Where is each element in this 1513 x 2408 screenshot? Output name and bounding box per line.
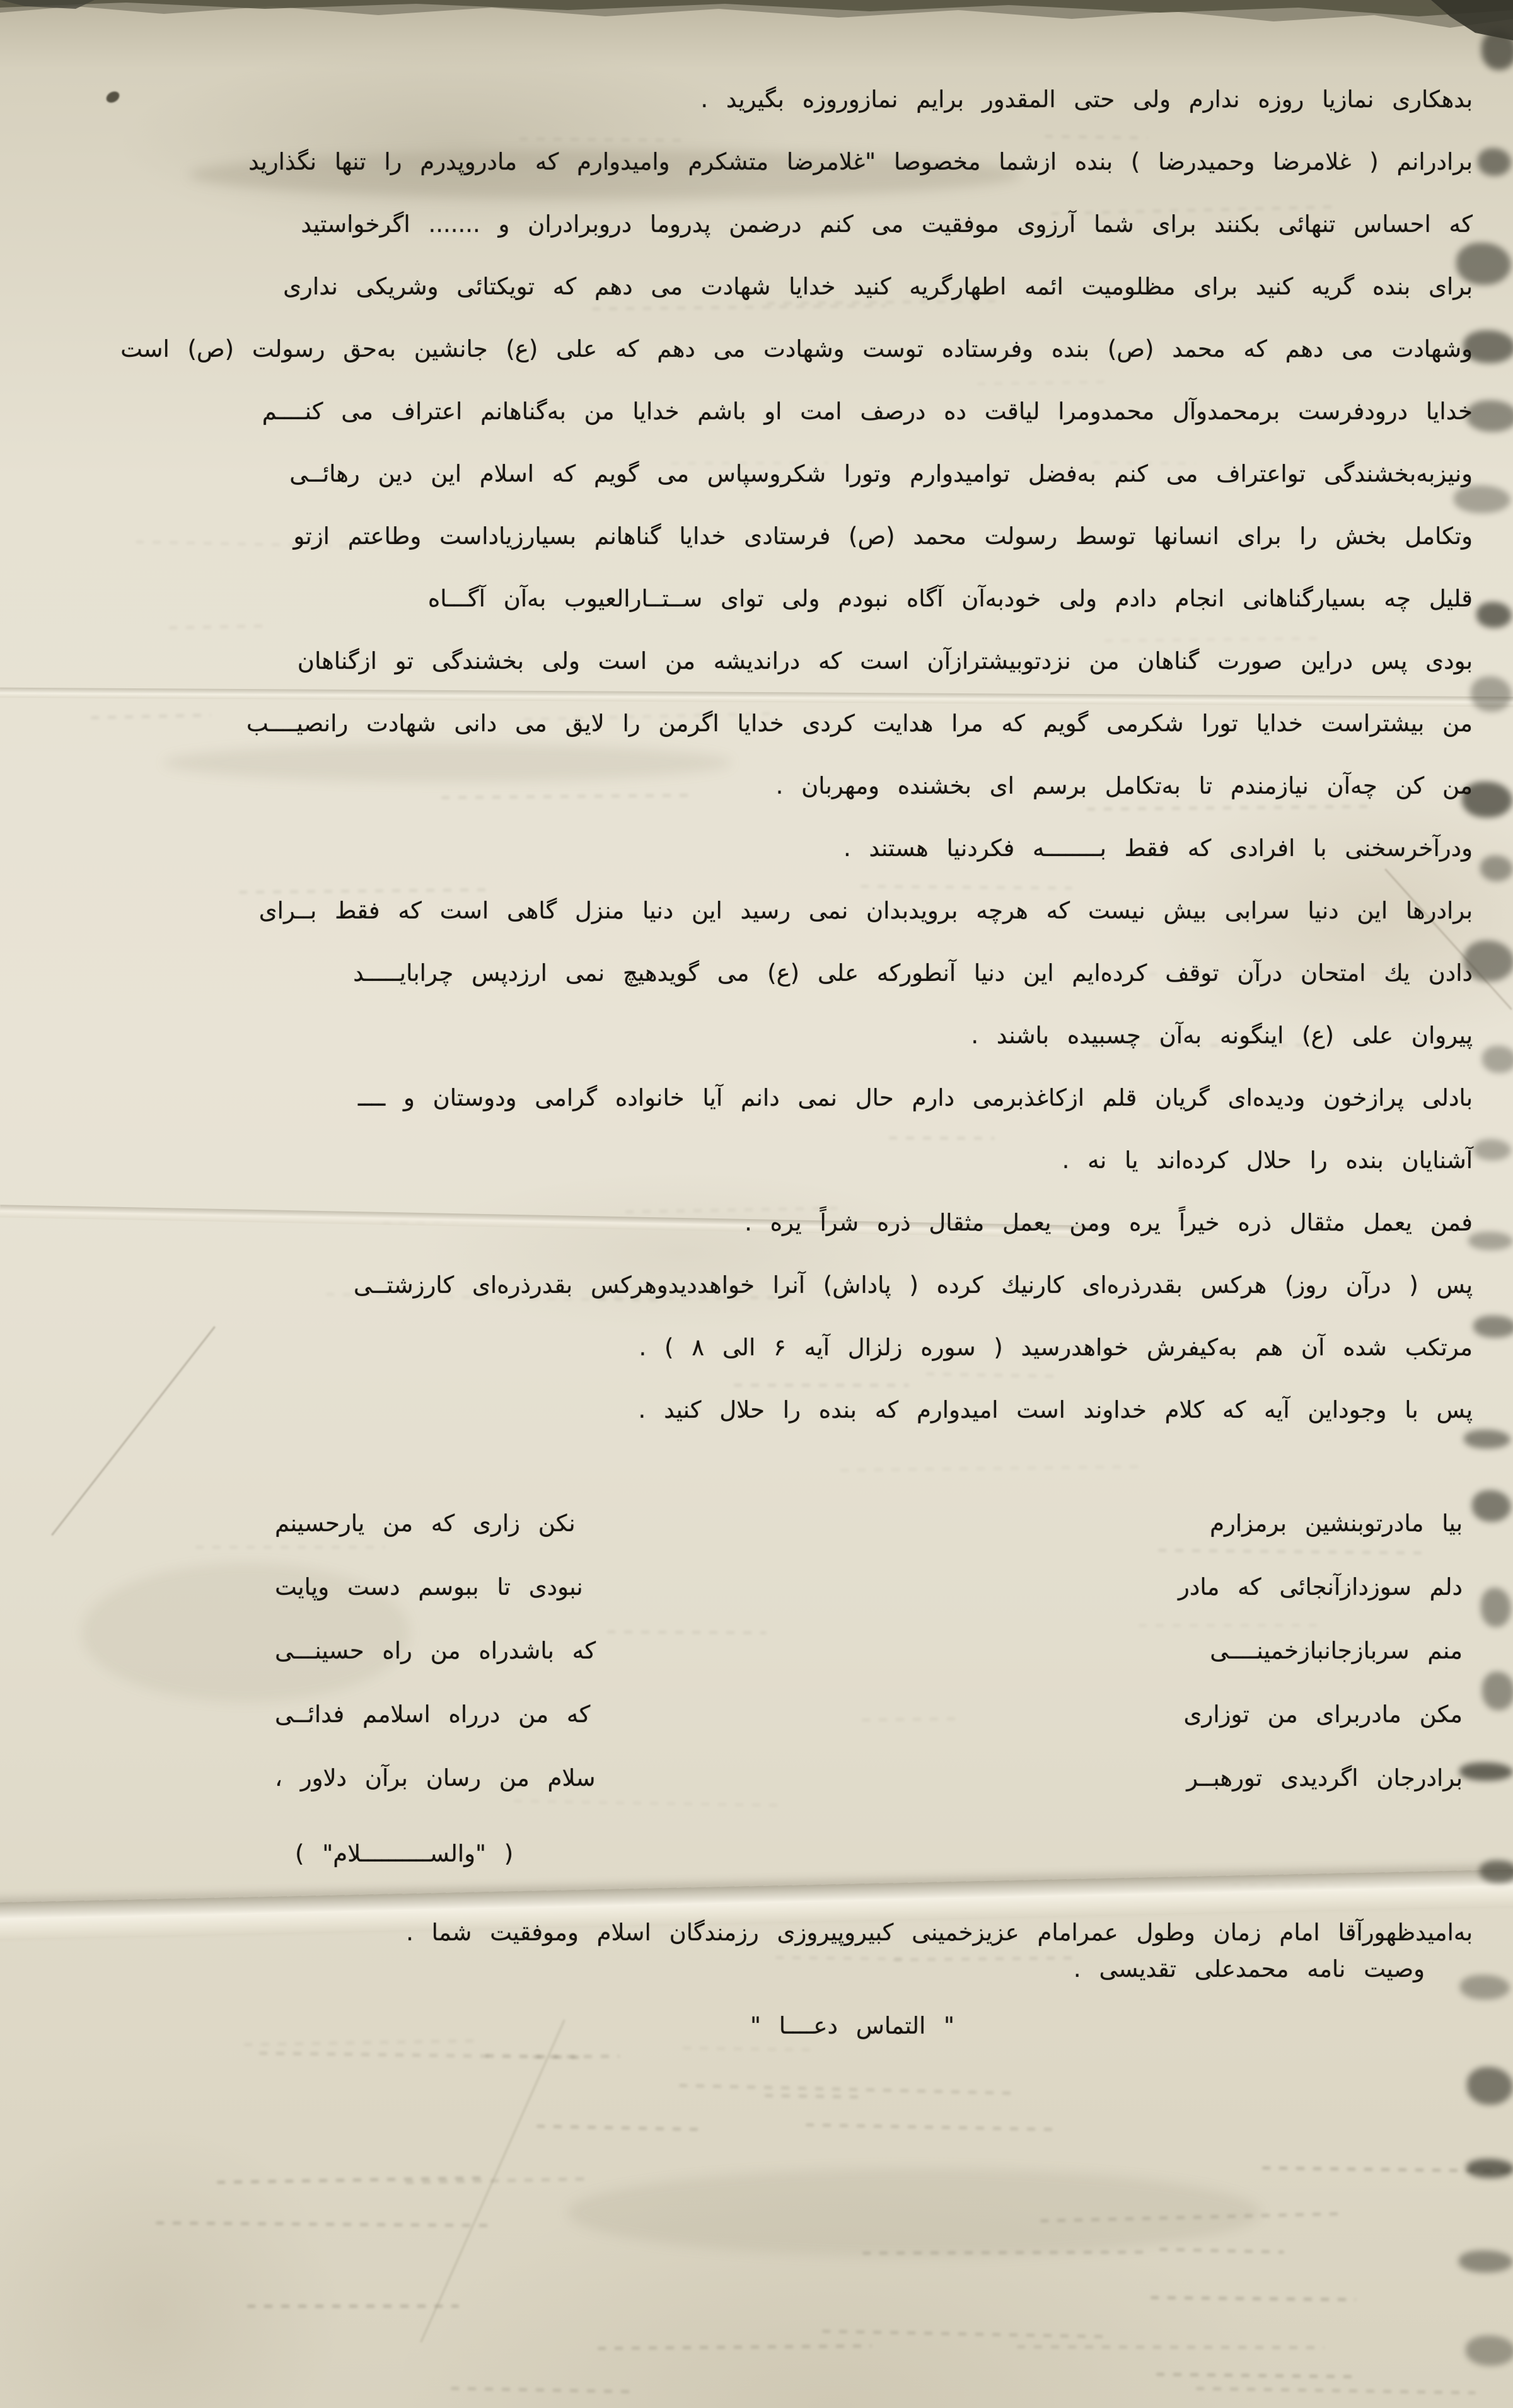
poem-row: دلم سوزدازآنجائى كه مادر نبودى تا ببوسم … — [40, 1555, 1463, 1619]
edge-ink-mark — [1476, 602, 1512, 628]
text-line: پس با وجوداين آيه كه كلام خداوند است امي… — [40, 1379, 1473, 1441]
text-line: من كن چه‌آن نيازمندم تا به‌تكامل برسم اى… — [40, 755, 1473, 817]
text-line: وتكامل بخش را براى انسانها توسط رسولت مح… — [40, 505, 1473, 567]
bleedthrough-mark — [244, 2039, 477, 2046]
poem-hemistich-right: منم سربازجانبازخمينــــى — [1210, 1619, 1463, 1682]
poem-hemistich-right: بيا مادرتوبنشين برمزارم — [1210, 1491, 1463, 1555]
text-line: بودى پس دراين صورت گناهان من نزدتوبيشترا… — [40, 630, 1473, 692]
bleedthrough-mark — [451, 2387, 631, 2394]
bleedthrough-mark — [683, 2046, 816, 2051]
bleedthrough-mark — [1159, 2248, 1284, 2254]
letter-body: بدهكارى نمازيا روزه ندارم ولى حتى المقدو… — [40, 68, 1473, 1441]
edge-ink-mark — [1473, 1139, 1511, 1160]
poem-hemistich-right: برادرجان اگرديدى تورهبــر — [1186, 1746, 1463, 1810]
bleedthrough-mark — [775, 1955, 903, 1960]
edge-ink-mark — [1466, 2159, 1513, 2178]
torn-top-edge — [0, 0, 1513, 61]
poem-hemistich-right: دلم سوزدازآنجائى كه مادر — [1178, 1555, 1463, 1619]
bleedthrough-mark — [840, 1465, 1143, 1472]
text-line: دادن يك امتحان درآن توقف كرده‌ايم اين دن… — [40, 942, 1473, 1004]
bleedthrough-mark — [259, 2052, 495, 2058]
bleedthrough-mark — [806, 2123, 1055, 2131]
bleedthrough-mark — [156, 2221, 493, 2227]
edge-ink-mark — [1459, 2250, 1513, 2272]
eltemas-doa-line: " التماس دعــــا " — [750, 2006, 954, 2046]
edge-ink-mark — [1466, 400, 1513, 432]
text-line: پيروان على (ع) اينگونه به‌آن چسبيده باشن… — [40, 1004, 1473, 1067]
edge-ink-mark — [1473, 1316, 1513, 1338]
bleedthrough-mark — [679, 2084, 1016, 2095]
edge-ink-mark — [1460, 1975, 1510, 2000]
bleedthrough-mark — [893, 1956, 1077, 1961]
edge-ink-mark — [1481, 1588, 1511, 1627]
text-line: مرتكب شده آن هم به‌كيفرش خواهدرسيد ( سور… — [40, 1316, 1473, 1379]
edge-ink-mark — [1480, 855, 1513, 881]
bleedthrough-mark — [1156, 2373, 1359, 2378]
text-line: برادرها اين دنيا سرابى بيش نيست كه هرچه … — [40, 879, 1473, 942]
text-line: بادلى پرازخون وديده‌اى گريان قلم ازكاغذب… — [40, 1067, 1473, 1129]
edge-ink-mark — [1482, 1046, 1513, 1073]
text-line: خدايا درودفرست برمحمدوآل محمدومرا لياقت … — [40, 380, 1473, 443]
poem-row: منم سربازجانبازخمينــــى كه باشدراه من ر… — [40, 1619, 1463, 1682]
text-line: من بيشتراست خدايا تورا شكرمى گويم كه مرا… — [40, 692, 1473, 755]
edge-ink-mark — [1481, 30, 1513, 71]
bleedthrough-mark — [247, 2305, 459, 2308]
poem-hemistich-left: نبودى تا ببوسم دست وپايت — [275, 1555, 583, 1619]
text-line: براى بنده گريه كنيد براى مظلوميت ائمه اط… — [40, 255, 1473, 318]
scanned-letter-page: بدهكارى نمازيا روزه ندارم ولى حتى المقدو… — [0, 0, 1513, 2408]
poem-hemistich-right: مكن مادربراى من توزارى — [1184, 1682, 1463, 1746]
text-line: كه احساس تنهائى بكنند براى شما آرزوى موف… — [40, 193, 1473, 255]
paper-stain — [567, 2168, 1261, 2257]
bleedthrough-mark — [1017, 2345, 1325, 2349]
poem-hemistich-left: سلام من رسان برآن دلاور ، — [275, 1746, 596, 1810]
text-line: پس ( درآن روز) هركس بقدرذره‌اى كارنيك كر… — [40, 1254, 1473, 1316]
poem-hemistich-left: نكن زارى كه من يارحسينم — [275, 1491, 576, 1555]
poem-hemistich-left: كه باشدراه من راه حسينـــى — [275, 1619, 596, 1682]
bleedthrough-mark — [822, 2330, 1104, 2339]
bleedthrough-mark — [536, 2124, 699, 2131]
edge-ink-mark — [1466, 2336, 1513, 2366]
poem: بيا مادرتوبنشين برمزارم نكن زارى كه من ي… — [40, 1491, 1463, 1810]
edge-ink-mark — [1480, 1860, 1513, 1883]
edge-ink-mark — [1467, 2067, 1513, 2105]
text-line: وشهادت مى دهم كه محمد (ص) بنده وفرستاده … — [40, 318, 1473, 380]
poem-row: بيا مادرتوبنشين برمزارم نكن زارى كه من ي… — [40, 1491, 1463, 1555]
edge-ink-mark — [1471, 676, 1512, 712]
signature-line: وصيت نامه محمدعلى تقديسى . — [1074, 1950, 1425, 1989]
edge-ink-mark — [1478, 148, 1511, 176]
bleedthrough-mark — [598, 2344, 872, 2350]
hope-line: به‌اميدظهورآقا امام زمان وطول عمرامام عز… — [406, 1913, 1473, 1952]
edge-ink-mark — [1482, 1672, 1513, 1710]
valsalam-line: ( "والســــــــــلام" ) — [295, 1834, 513, 1874]
text-line: آشنايان بنده را حلال كرده‌اند يا نه . — [40, 1129, 1473, 1191]
text-line: فمن يعمل مثقال ذره خيراً يره ومن يعمل مث… — [40, 1191, 1473, 1254]
bleedthrough-mark — [1196, 2387, 1476, 2395]
bleedthrough-mark — [765, 2093, 862, 2098]
text-line: ونيزبه‌بخشندگى تواعتراف مى كنم به‌فضل تو… — [40, 443, 1473, 505]
text-line: ودرآخرسخنى با افرادى كه فقط بــــــــه ف… — [40, 817, 1473, 879]
poem-hemistich-left: كه من درراه اسلامم فدائــى — [275, 1682, 590, 1746]
edge-ink-mark — [1472, 1490, 1511, 1522]
poem-row: مكن مادربراى من توزارى كه من درراه اسلام… — [40, 1682, 1463, 1746]
text-line: قليل چه بسيارگناهانى انجام دادم ولى خودب… — [40, 567, 1473, 630]
bleedthrough-mark — [1151, 2296, 1356, 2301]
edge-ink-mark — [1468, 1232, 1513, 1250]
text-line: برادرانم ( غلامرضا وحميدرضا ) بنده ازشما… — [40, 130, 1473, 193]
text-line: بدهكارى نمازيا روزه ندارم ولى حتى المقدو… — [40, 68, 1473, 130]
poem-row: برادرجان اگرديدى تورهبــر سلام من رسان ب… — [40, 1746, 1463, 1810]
edge-ink-mark — [1459, 1763, 1513, 1781]
